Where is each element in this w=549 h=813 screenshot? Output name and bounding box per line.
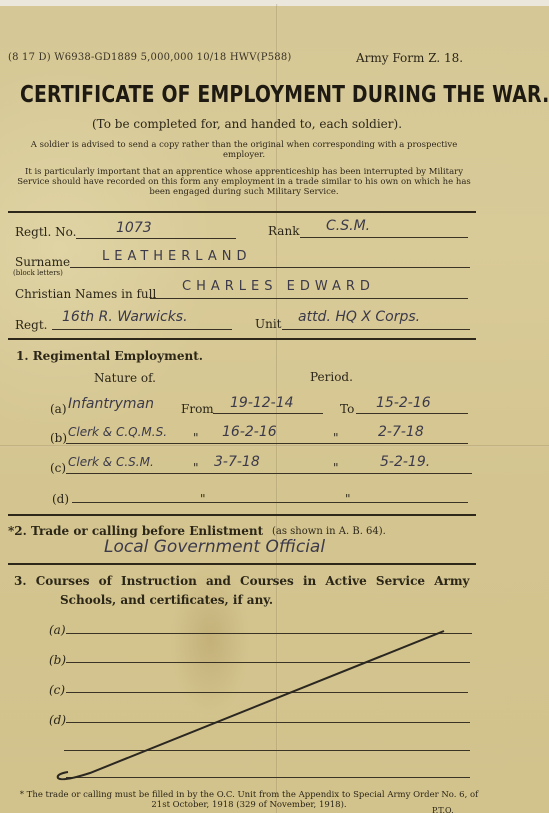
footer-note: * The trade or calling must be filled in…: [14, 790, 484, 810]
certificate-document: (8 17 D) W6938-GD1889 5,000,000 10/18 HW…: [0, 0, 549, 813]
cancel-strike-line: [0, 0, 549, 813]
pto-mark: P.T.O.: [432, 806, 454, 813]
